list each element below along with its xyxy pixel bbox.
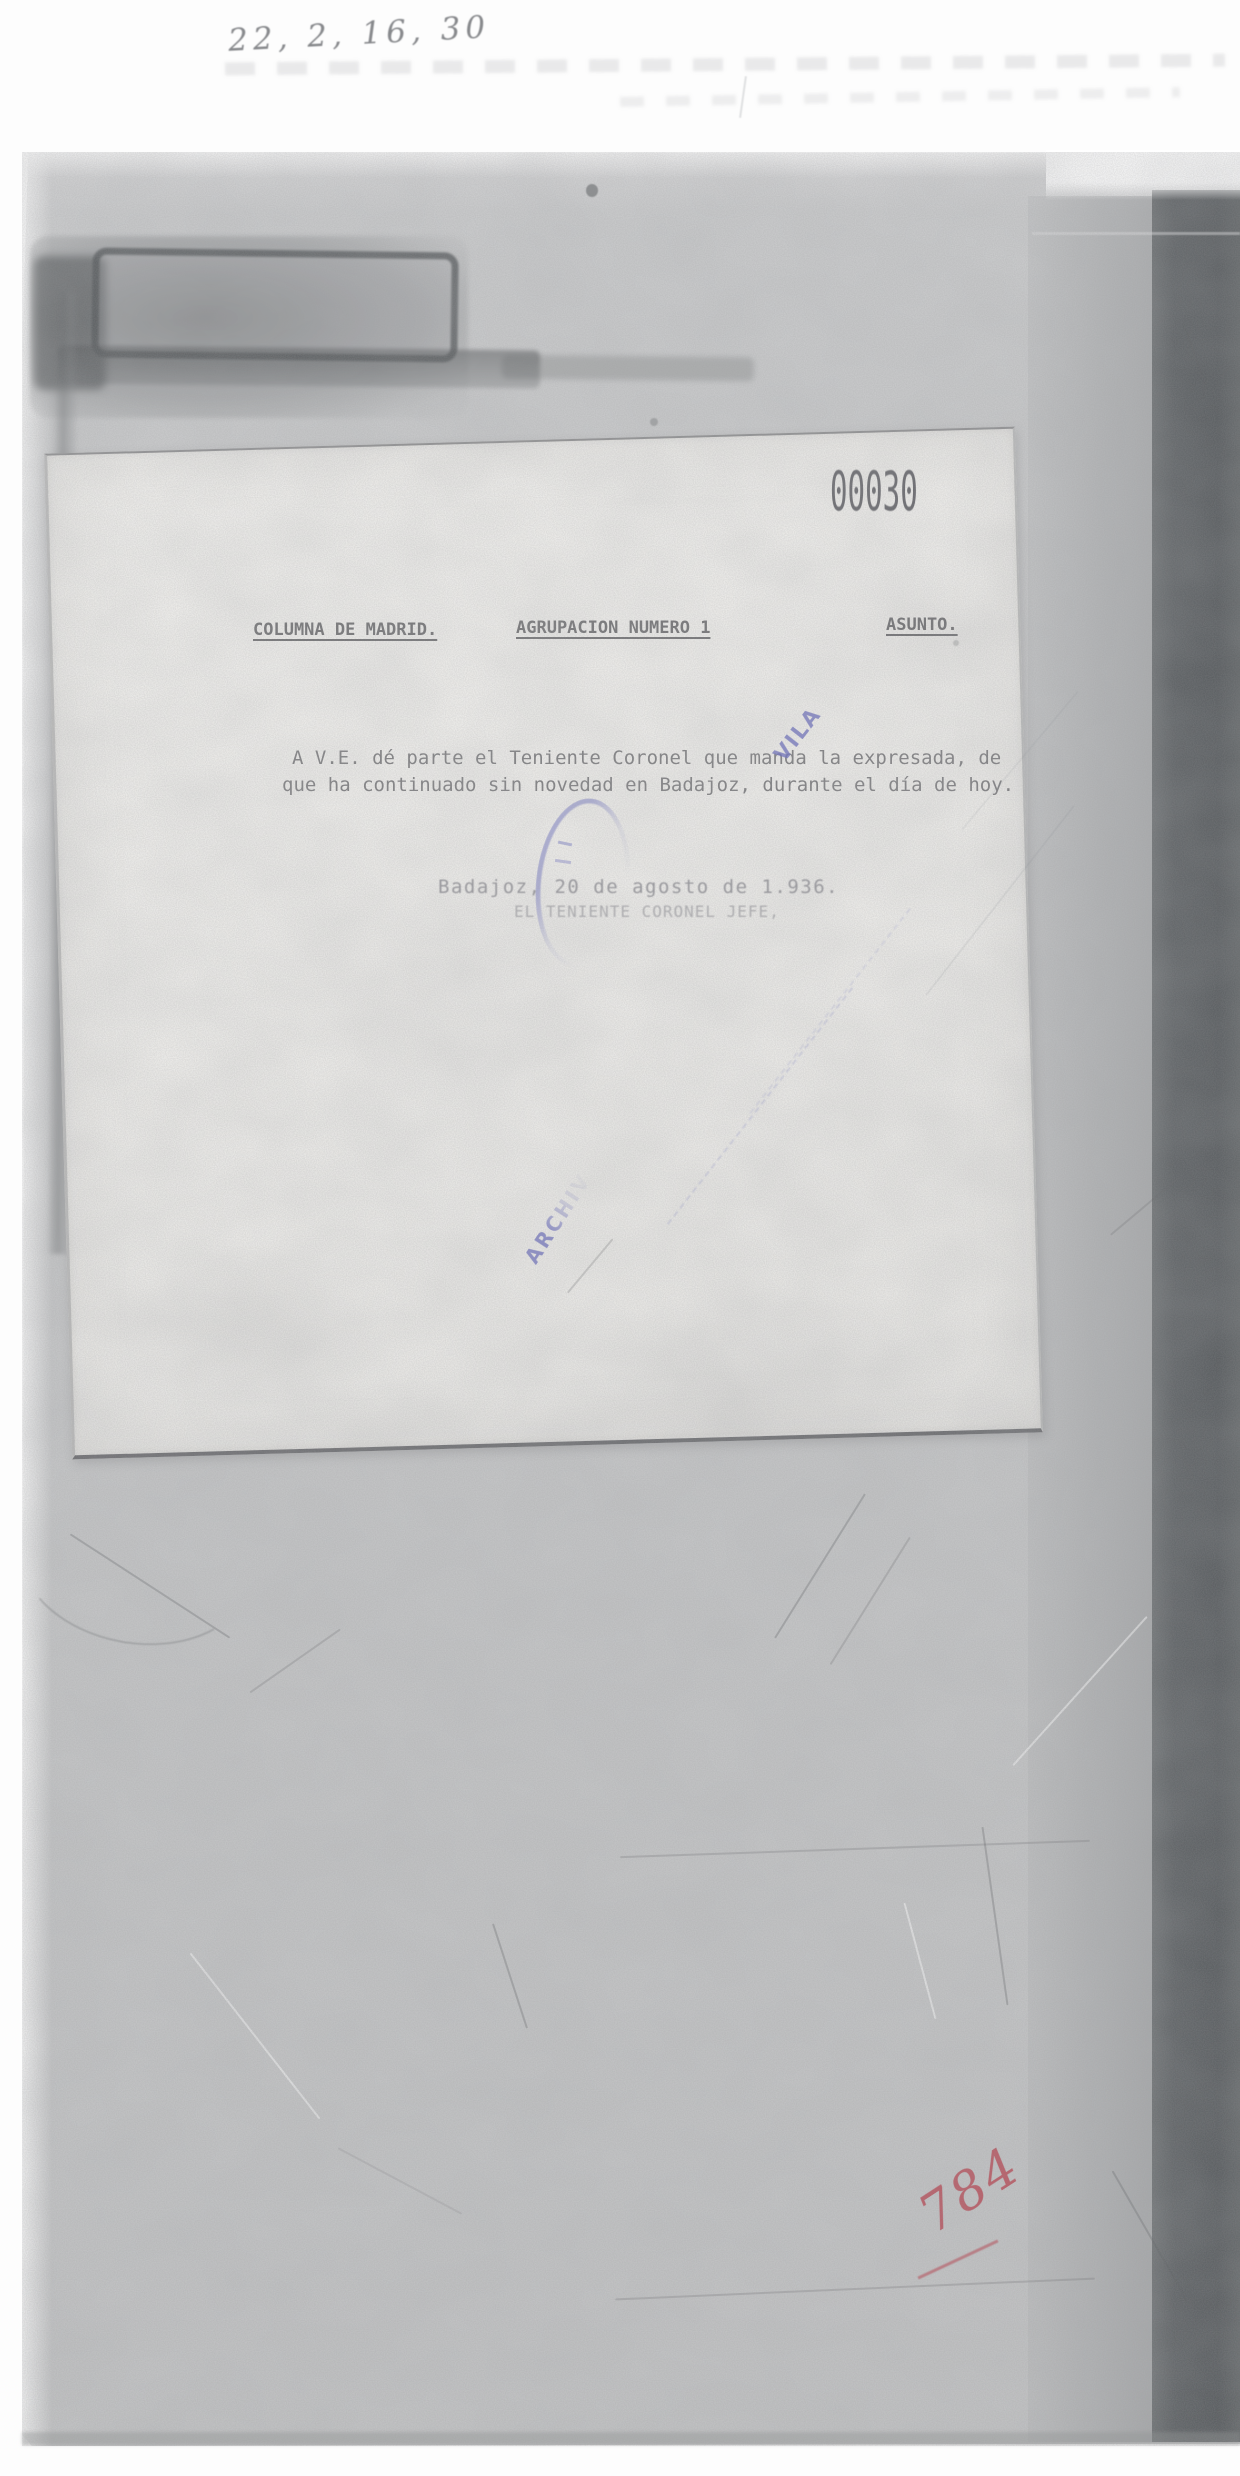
dark-spine-band bbox=[1152, 190, 1240, 2442]
speck bbox=[586, 184, 598, 197]
header-subject: ASUNTO. bbox=[886, 615, 958, 635]
paper-mottling bbox=[44, 427, 1038, 1454]
header-column: COLUMNA DE MADRID. bbox=[253, 620, 437, 640]
scanned-document-page: 22, 2, 16, 30 00030 COLUMNA DE MADRID. A… bbox=[0, 0, 1240, 2476]
body-line-1: A V.E. dé parte el Teniente Coronel que … bbox=[292, 747, 1001, 769]
photo-bottom-edge bbox=[22, 2432, 1240, 2445]
body-line-2: que ha continuado sin novedad en Badajoz… bbox=[282, 774, 1014, 796]
faint-ghost-writing bbox=[620, 87, 1180, 107]
top-right-white-margin bbox=[1046, 150, 1240, 200]
speck bbox=[650, 418, 658, 426]
binding-shadow-band bbox=[1028, 196, 1160, 2442]
clamp-bar bbox=[58, 345, 540, 388]
handwritten-archival-code: 22, 2, 16, 30 bbox=[227, 9, 491, 59]
dateline: Badajoz, 20 de agosto de 1.936. bbox=[438, 876, 839, 898]
header-agrupacion: AGRUPACION NUMERO 1 bbox=[516, 618, 710, 638]
spine-scratch-line bbox=[1032, 232, 1240, 235]
page-number-stamp: 00030 bbox=[830, 460, 918, 523]
metal-clip-handle bbox=[91, 247, 459, 362]
faint-ghost-writing bbox=[225, 54, 1225, 76]
speck bbox=[953, 640, 959, 646]
